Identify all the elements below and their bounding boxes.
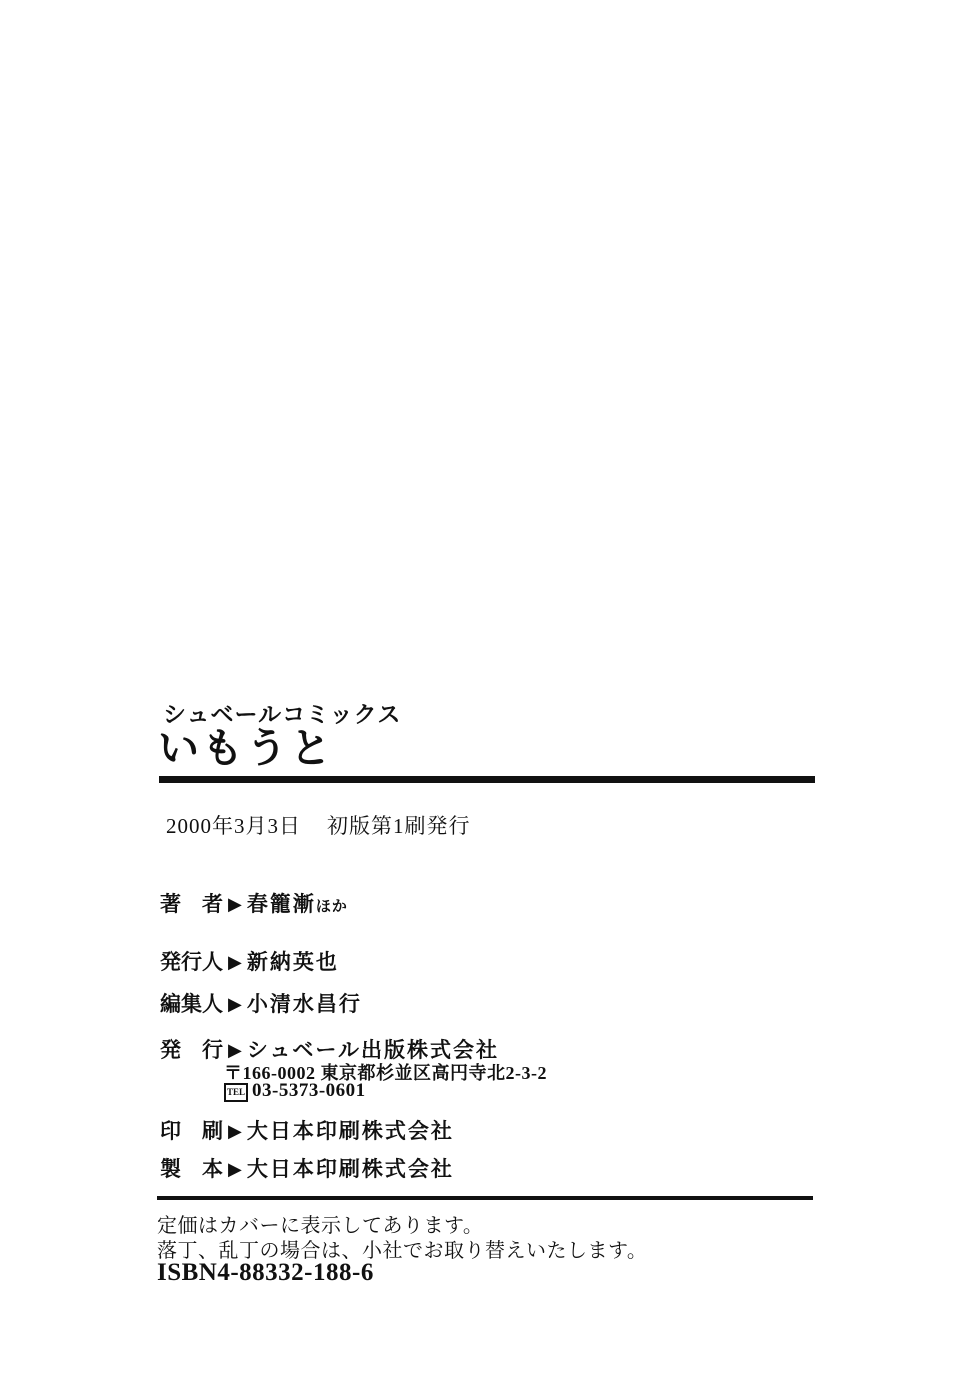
publication-date: 2000年3月3日 <box>166 814 301 838</box>
credit-label-publisher-person: 発行人 <box>160 946 228 976</box>
credit-label-author: 著 者 <box>160 888 228 918</box>
printer-name: 大日本印刷株式会社 <box>247 1120 454 1143</box>
arrow-icon: ▶ <box>228 994 242 1015</box>
credit-row-author: 著 者▶春籠漸ほか <box>160 888 348 918</box>
credit-label-printer: 印 刷 <box>160 1115 228 1145</box>
arrow-icon: ▶ <box>228 1121 242 1142</box>
editor-name: 小清水昌行 <box>247 993 362 1016</box>
author-suffix: ほか <box>316 898 348 915</box>
credit-label-editor: 編集人 <box>160 988 228 1018</box>
credit-label-publisher: 発 行 <box>160 1034 228 1064</box>
arrow-icon: ▶ <box>228 894 242 915</box>
credit-row-binder: 製 本▶大日本印刷株式会社 <box>160 1153 454 1183</box>
credit-row-publisher-person: 発行人▶新納英也 <box>160 946 339 976</box>
publisher-person-name: 新納英也 <box>247 951 339 974</box>
edition-line: 2000年3月3日初版第1刷発行 <box>166 810 471 840</box>
tel-number: 03-5373-0601 <box>252 1080 366 1101</box>
arrow-icon: ▶ <box>228 952 242 973</box>
series-label: シュベールコミックス <box>163 702 401 727</box>
credit-row-printer: 印 刷▶大日本印刷株式会社 <box>160 1115 454 1145</box>
author-name: 春籠漸 <box>247 893 316 916</box>
credit-row-editor: 編集人▶小清水昌行 <box>160 988 362 1018</box>
publisher-telephone: TEL03-5373-0601 <box>224 1080 366 1102</box>
printing-statement: 初版第1刷発行 <box>327 814 471 838</box>
binder-name: 大日本印刷株式会社 <box>247 1158 454 1181</box>
title-rule <box>159 776 815 783</box>
arrow-icon: ▶ <box>228 1159 242 1180</box>
colophon-page: シュベールコミックス いもうと 2000年3月3日初版第1刷発行 著 者▶春籠漸… <box>0 0 967 1400</box>
credit-label-binder: 製 本 <box>160 1153 228 1183</box>
book-title: いもうと <box>158 726 334 771</box>
isbn-number: ISBN4-88332-188-6 <box>157 1259 374 1287</box>
arrow-icon: ▶ <box>228 1040 242 1061</box>
footer-rule <box>157 1196 813 1200</box>
tel-icon: TEL <box>224 1083 248 1102</box>
